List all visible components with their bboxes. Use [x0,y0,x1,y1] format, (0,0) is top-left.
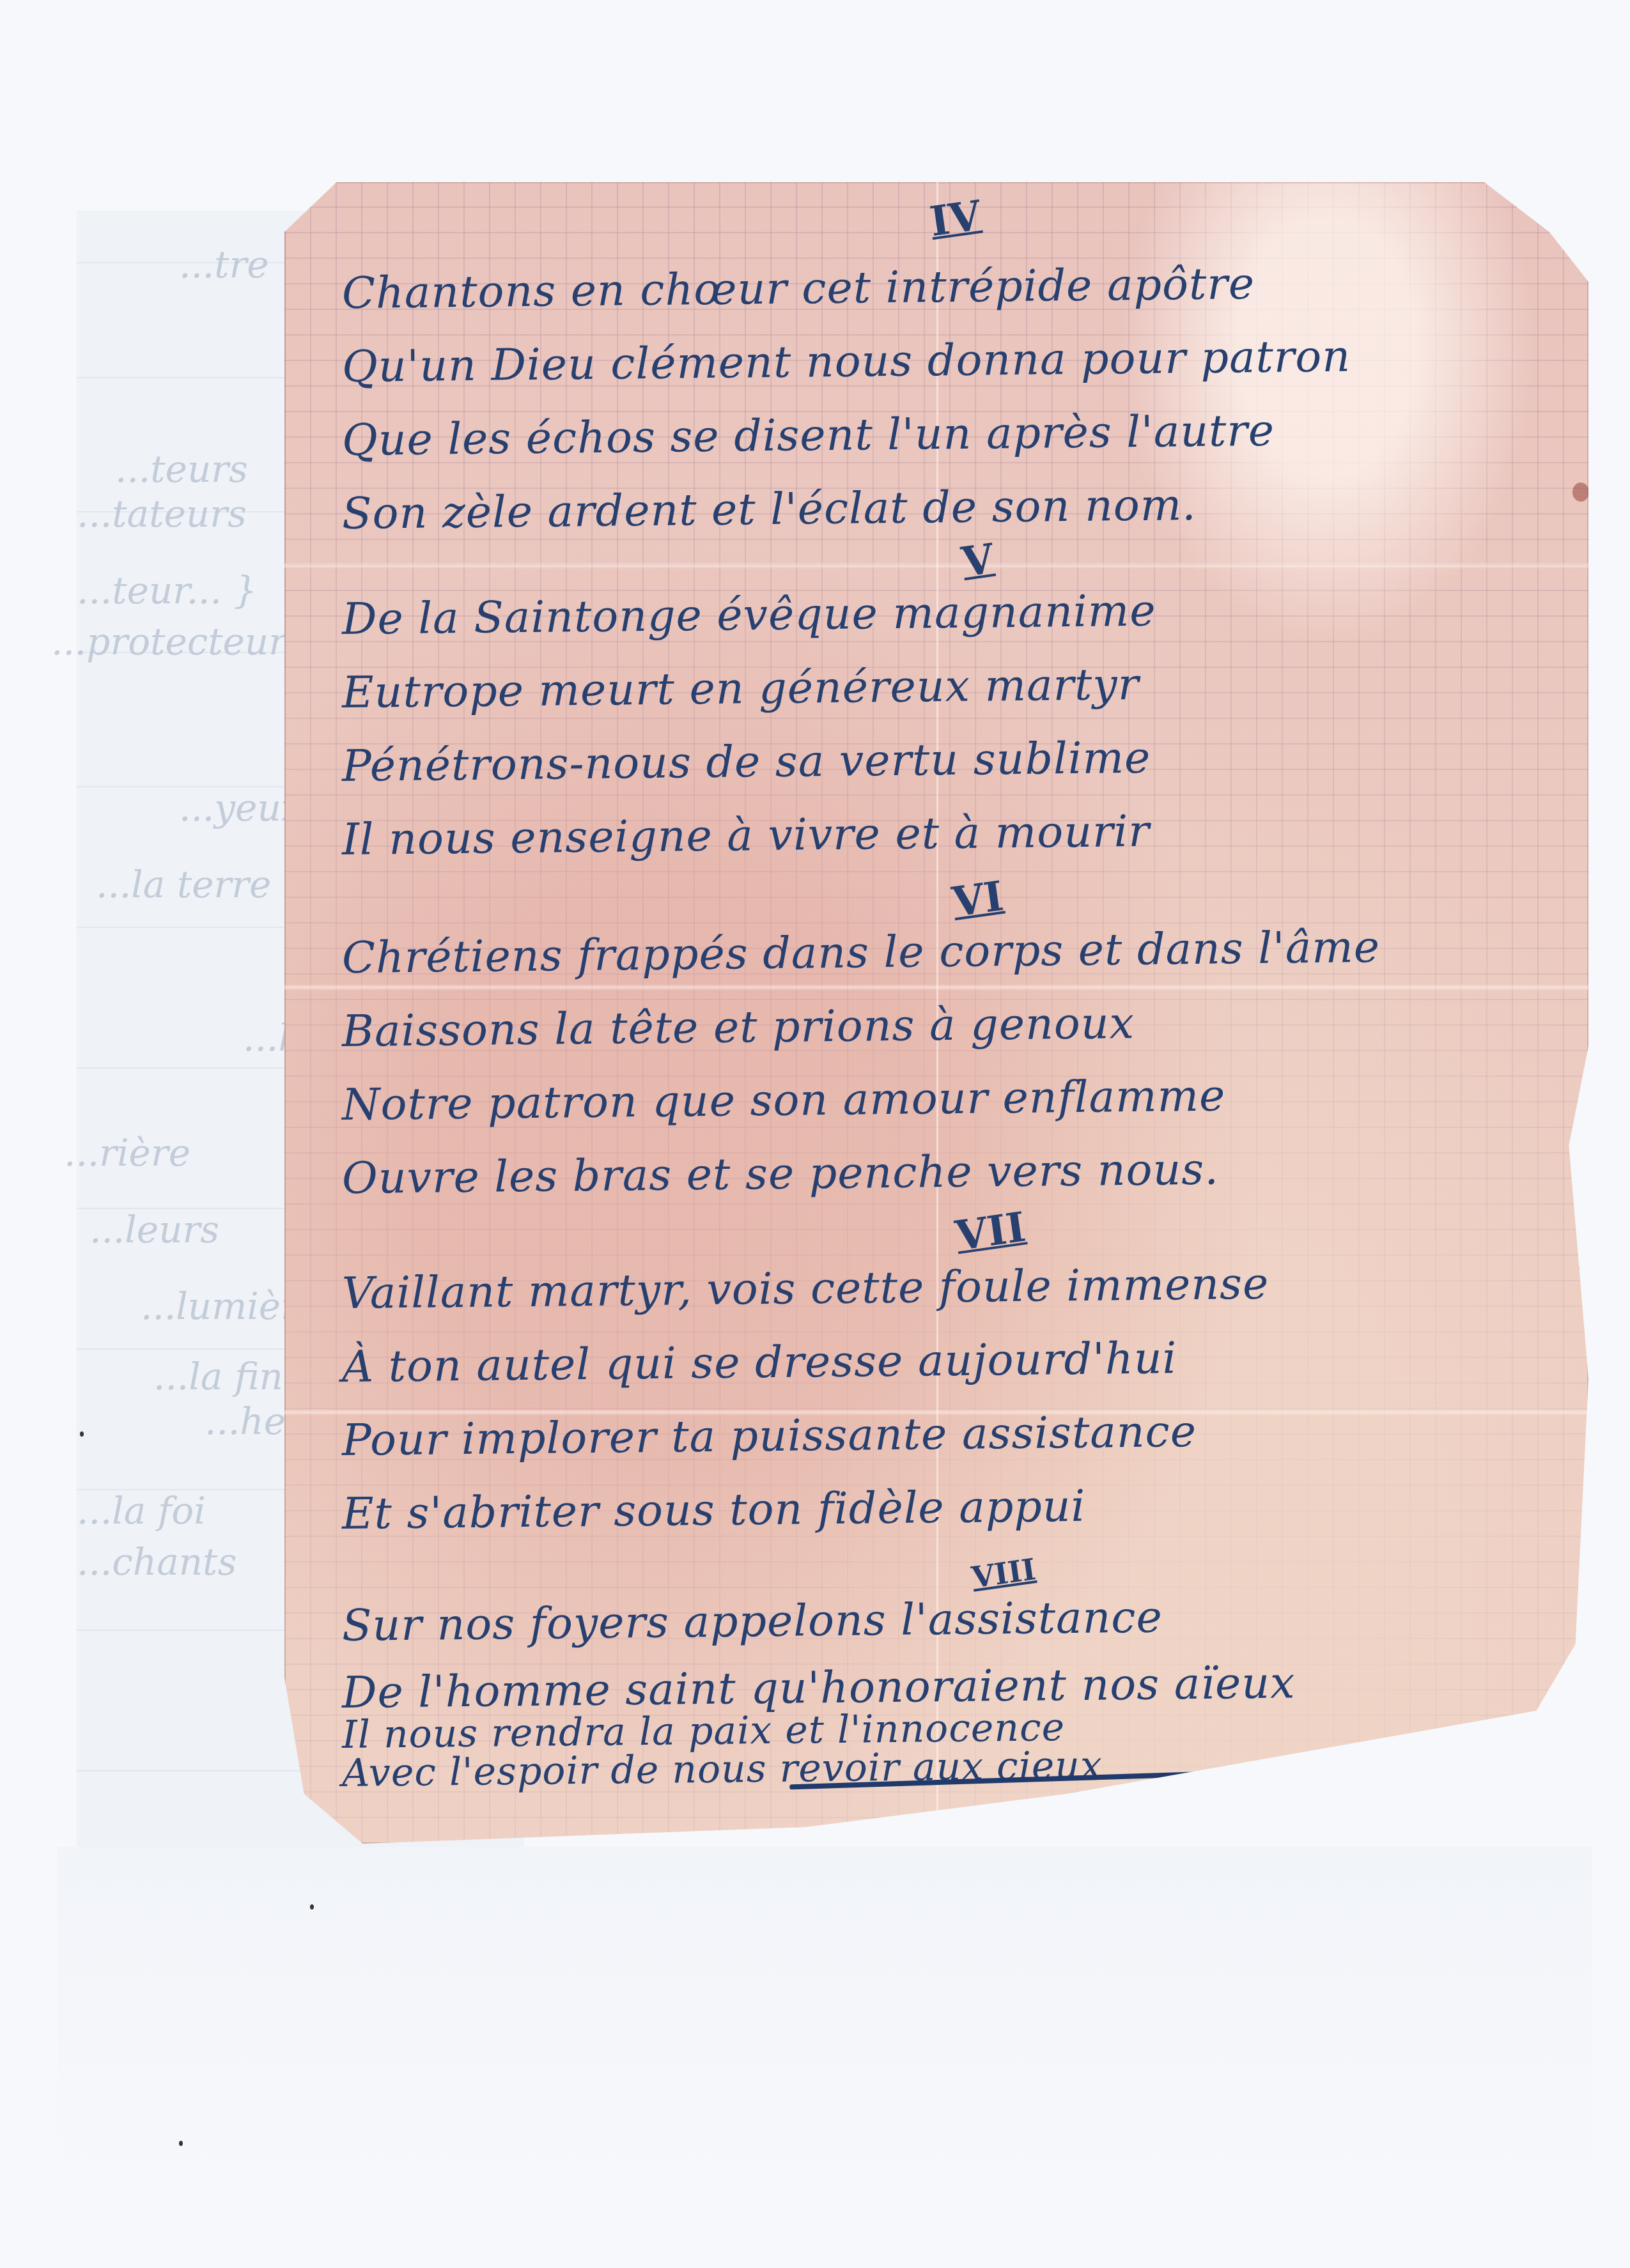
stanza-numeral: IV [927,192,984,246]
faded-fragment: ...la foi [77,1489,206,1532]
verse-line: Il nous enseigne à vivre et à mourir [342,806,1151,865]
ink-stain [1579,1256,1598,1277]
verse-line: Pénétrons-nous de sa vertu sublime [342,733,1151,792]
faded-fragment: ...teurs [115,447,248,491]
verse-line: Sur nos foyers appelons l'assistance [342,1593,1163,1651]
speck [310,1904,314,1909]
faded-fragment: ...protecteur } [51,620,322,663]
faded-fragment: ...leurs [89,1208,219,1251]
faded-fragment: ...chants [77,1540,237,1584]
fold-crease-horizontal [284,984,1588,991]
verse-line: Et s'abriter sous ton fidèle appui [342,1481,1086,1539]
faded-fragment: ...la terre [96,863,271,906]
faded-fragment: ...rière [64,1131,190,1175]
verse-line: Que les échos se disent l'un après l'aut… [342,406,1275,466]
verse-line: Baissons la tête et prions à genoux [342,998,1135,1057]
faded-fragment: ...la fin [153,1355,283,1398]
verse-line: Pour implorer ta puissante assistance [342,1407,1197,1466]
verse-line: Chrétiens frappés dans le corps et dans … [342,922,1381,984]
faded-fragment: ...teur... } [77,569,257,612]
ink-stain [1572,482,1589,502]
speck [80,1431,84,1437]
verse-line: Avec l'espoir de nous revoir aux cieux [342,1743,1103,1796]
faded-fragment: ...tateurs [77,492,247,536]
verse-line: Vaillant martyr, vois cette foule immens… [342,1259,1269,1319]
stanza-numeral: V [959,535,997,587]
stanza-numeral: VII [952,1203,1028,1261]
verse-line: Notre patron que son amour enflamme [342,1071,1226,1130]
faded-fragment: ...yeux [179,786,302,829]
verse-line: Qu'un Dieu clément nous donna pour patro… [342,331,1351,392]
verse-line: Ouvre les bras et se penche vers nous. [342,1145,1220,1204]
stanza-numeral: VIII [970,1552,1038,1594]
fold-crease-horizontal [284,562,1588,569]
verse-line: Eutrope meurt en généreux martyr [342,660,1140,718]
verse-line: De la Saintonge évêque magnanime [342,586,1156,645]
background-lower-page [58,1847,1592,2205]
verse-line: Chantons en chœur cet intrépide apôtre [342,259,1255,319]
verse-line: À ton autel qui se dresse aujourd'hui [342,1333,1177,1392]
stanza-numeral: VI [949,872,1006,927]
faded-fragment: ...tre [179,243,269,286]
speck [179,2141,183,2146]
verse-line: Son zèle ardent et l'éclat de son nom. [342,480,1197,539]
speck [1355,1789,1359,1794]
handwritten-letter: IV Chantons en chœur cet intrépide apôtr… [284,182,1588,1844]
